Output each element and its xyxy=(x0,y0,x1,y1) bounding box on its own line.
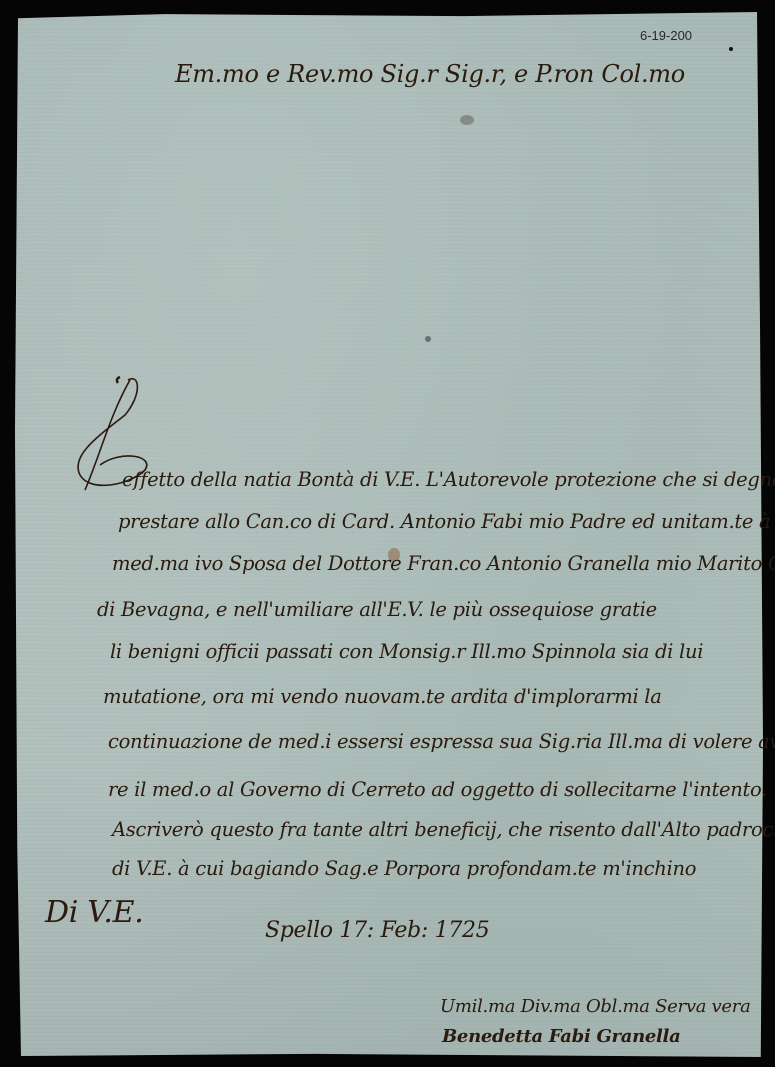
signature-formula: Umil.ma Div.ma Obl.ma Serva vera xyxy=(440,996,751,1017)
salutation: Em.mo e Rev.mo Sig.r Sig.r, e P.ron Col.… xyxy=(175,60,685,88)
body-line: effetto della natia Bontà di V.E. L'Auto… xyxy=(122,468,775,491)
closing-formula: Di V.E. xyxy=(45,895,143,930)
body-line: re il med.o al Governo di Cerreto ad ogg… xyxy=(108,778,767,801)
body-line: di Bevagna, e nell'umiliare all'E.V. le … xyxy=(97,598,657,621)
signature-name: Benedetta Fabi Granella xyxy=(442,1026,680,1047)
body-line: li benigni officii passati con Monsig.r … xyxy=(110,640,703,663)
ink-spot xyxy=(425,336,431,342)
ink-dot xyxy=(729,47,733,51)
date-line: Spello 17: Feb: 1725 xyxy=(265,918,489,943)
body-line: med.ma ivo Sposa del Dottore Fran.co Ant… xyxy=(112,552,775,575)
body-line: continuazione de med.i essersi espressa … xyxy=(108,730,775,753)
body-line: di V.E. à cui bagiando Sag.e Porpora pro… xyxy=(112,857,696,880)
body-line: prestare allo Can.co di Card. Antonio Fa… xyxy=(118,510,775,533)
body-line: mutatione, ora mi vendo nuovam.te ardita… xyxy=(103,685,662,708)
ink-spot xyxy=(460,115,474,125)
body-line: Ascriverò questo fra tante altri benefic… xyxy=(112,818,775,841)
archive-reference: 6-19-200 xyxy=(640,28,692,43)
